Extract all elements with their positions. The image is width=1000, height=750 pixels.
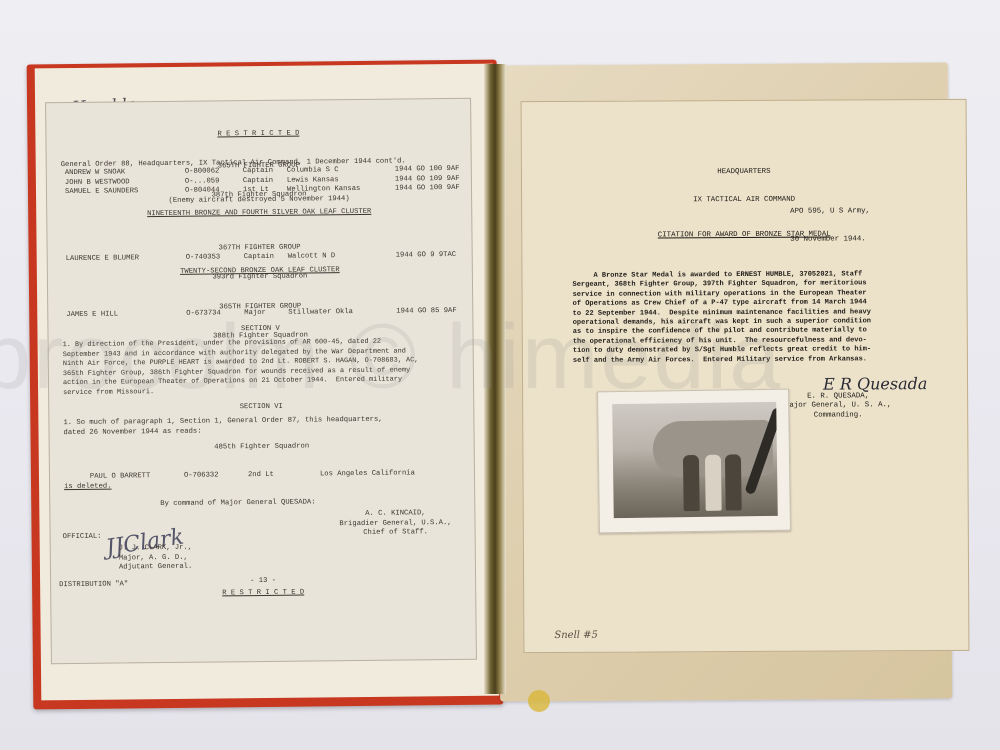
restricted-header: R E S T R I C T E D <box>46 128 470 142</box>
hq-title: HEADQUARTERS <box>522 167 966 179</box>
row-home: Wellington Kansas <box>287 185 360 195</box>
row-ref: 1944 GO 9 9TAC <box>396 251 456 261</box>
row-home: Walcott N D <box>288 252 336 262</box>
signature-line: Adjutant General. <box>119 563 192 573</box>
crew-member <box>683 455 700 511</box>
apo-date: APO 595, U S Army, 30 November 1944. <box>790 188 870 264</box>
command-title: IX TACTICAL AIR COMMAND <box>522 195 966 207</box>
row-rank: Major <box>244 309 266 319</box>
open-scrapbook: Humble R E S T R I C T E D General Order… <box>0 0 1000 750</box>
section-vi-title: SECTION VI <box>49 401 473 415</box>
section-vi-text: 1. So much of paragraph 1, Section 1, Ge… <box>63 415 463 438</box>
citation-body: A Bronze Star Medal is awarded to ERNEST… <box>572 270 962 366</box>
row-name: JAMES E HILL <box>66 310 118 320</box>
row-rank: 2nd Lt <box>248 470 274 480</box>
row-ref: 1944 GO 85 9AF <box>396 307 456 317</box>
row-rank: 1st Lt <box>243 186 269 196</box>
row-serial: O-740353 <box>186 253 221 263</box>
clark-signature-block: J. J. CLARK, Jr.,Major, A. G. D.,Adjutan… <box>119 544 193 574</box>
row-home: Los Angeles California <box>320 469 415 480</box>
row-rank: Captain <box>243 176 273 186</box>
row-name: PAUL O BARRETT <box>90 472 150 481</box>
row-serial: O-673734 <box>186 309 221 319</box>
kincaid-signature-block: A. C. KINCAID,Brigadier General, U.S.A.,… <box>320 509 470 539</box>
row-name: LAURENCE E BLUMER <box>66 254 139 264</box>
row-home: Lewis Kansas <box>287 176 339 186</box>
group1-rows: ANDREW W SNOAKO-800062CaptainColumbia S … <box>65 165 465 198</box>
p47-crew-photograph <box>597 389 791 534</box>
citation-title: CITATION FOR AWARD OF BRONZE STAR MEDAL <box>522 230 966 242</box>
row-home: Columbia S C <box>287 166 339 176</box>
command-line: By command of Major General QUESADA: <box>160 498 315 509</box>
handwritten-note: Snell #5 <box>554 630 598 641</box>
row-serial: O-706332 <box>184 471 219 481</box>
row-serial: O-...059 <box>185 177 220 187</box>
row-ref: 1944 GO 100 9AF <box>395 184 460 194</box>
bronze-star-citation: HEADQUARTERS IX TACTICAL AIR COMMAND APO… <box>521 99 970 653</box>
crew-member <box>705 455 722 511</box>
crew-member <box>725 454 742 510</box>
apo-line: APO 595, U S Army, <box>790 207 870 217</box>
section-vi-squadron: 485th Fighter Squadron <box>50 441 474 455</box>
book-spine-gutter <box>484 64 506 694</box>
signature-line: Chief of Staff. <box>321 528 471 539</box>
quesada-signature: E R Quesada <box>823 374 927 394</box>
row-home: Stillwater Okla <box>288 308 353 318</box>
hq-header: HEADQUARTERS IX TACTICAL AIR COMMAND <box>522 148 966 226</box>
section-vi-row: PAUL O BARRETTO-7063322nd LtLos Angeles … <box>64 459 464 492</box>
row-rank: Captain <box>243 167 273 177</box>
general-order-document: R E S T R I C T E D General Order 88, He… <box>45 98 477 664</box>
signature-line: J. J. CLARK, Jr., <box>119 544 192 554</box>
yellow-stain <box>528 690 550 712</box>
row-serial: O-800062 <box>185 167 220 177</box>
photo-image <box>612 402 778 518</box>
deleted-note: is deleted. <box>64 483 112 493</box>
row-rank: Captain <box>244 253 274 263</box>
official-label: OFFICIAL: <box>63 533 102 543</box>
row-serial: O-804044 <box>185 187 220 197</box>
section-v-text: 1. By direction of the President, under … <box>63 337 464 399</box>
row-name: SAMUEL E SAUNDERS <box>65 187 138 197</box>
